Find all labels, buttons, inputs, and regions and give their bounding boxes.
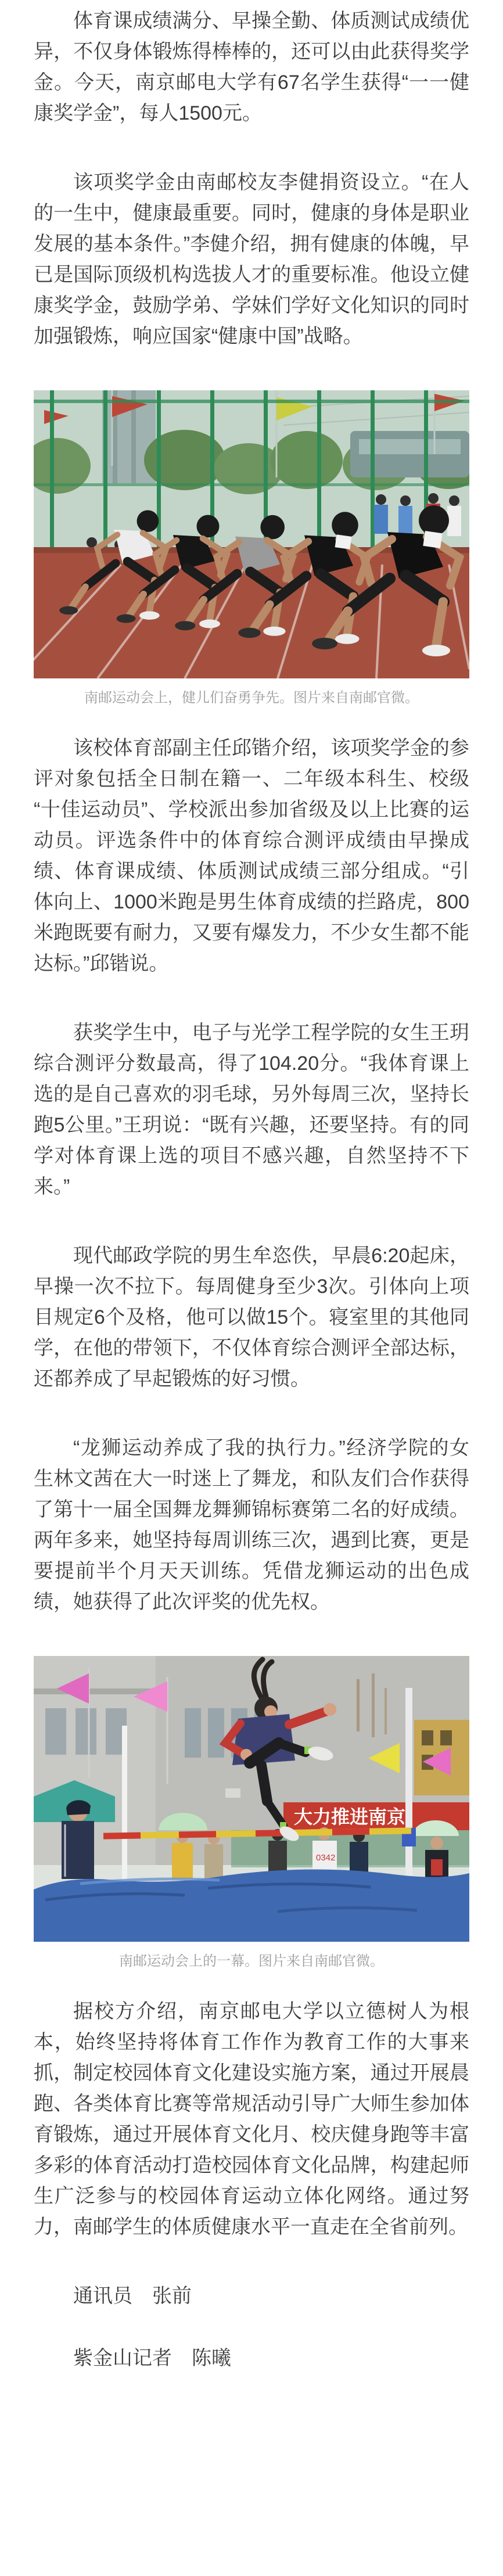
landing-mat: [34, 1869, 469, 1942]
photo-caption-2: 南邮运动会上的一幕。图片来自南邮官微。: [34, 1952, 469, 1971]
photo-caption-1: 南邮运动会上，健儿们奋勇争先。图片来自南邮官微。: [34, 689, 469, 707]
photo-figure-highjump: 大力推进南京: [34, 1656, 469, 1971]
bib-number: 0342: [316, 1853, 335, 1863]
photo-high-jump[interactable]: 大力推进南京: [34, 1656, 469, 1942]
news-article-page: 体育课成绩满分、早操全勤、体质测试成绩优异，不仅身体锻炼得棒棒的，还可以由此获得…: [0, 0, 503, 2397]
article-paragraph-3: 该校体育部副主任邱锴介绍，该项奖学金的参评对象包括全日制在籍一、二年级本科生、校…: [34, 733, 469, 979]
article-paragraph-7: 据校方介绍，南京邮电大学以立德树人为根本，始终坚持将体育工作作为教育工作的大事来…: [34, 1996, 469, 2243]
article-paragraph-4: 获奖学生中，电子与光学工程学院的女生王玥综合测评分数最高，得了104.20分。“…: [34, 1018, 469, 1202]
article-paragraph-6: “龙狮运动养成了我的执行力。”经济学院的女生林文茜在大一时迷上了舞龙，和队友们合…: [34, 1433, 469, 1618]
photo-sprint-start[interactable]: [34, 390, 469, 678]
banner-text: 大力推进南京: [294, 1806, 405, 1827]
byline-correspondent: 通讯员 张前: [34, 2281, 469, 2312]
article-body: 体育课成绩满分、早操全勤、体质测试成绩优异，不仅身体锻炼得棒棒的，还可以由此获得…: [0, 0, 503, 2397]
article-paragraph-5: 现代邮政学院的男生牟恣佚，早晨6:20起床，早操一次不拉下。每周健身至少3次。引…: [34, 1241, 469, 1395]
article-paragraph-2: 该项奖学金由南邮校友李健捐资设立。“在人的一生中，健康最重要。同时，健康的身体是…: [34, 167, 469, 352]
photo-figure-sprint: 南邮运动会上，健儿们奋勇争先。图片来自南邮官微。: [34, 390, 469, 707]
byline-reporter: 紫金山记者 陈曦: [34, 2343, 469, 2374]
article-paragraph-1: 体育课成绩满分、早操全勤、体质测试成绩优异，不仅身体锻炼得棒棒的，还可以由此获得…: [34, 6, 469, 129]
